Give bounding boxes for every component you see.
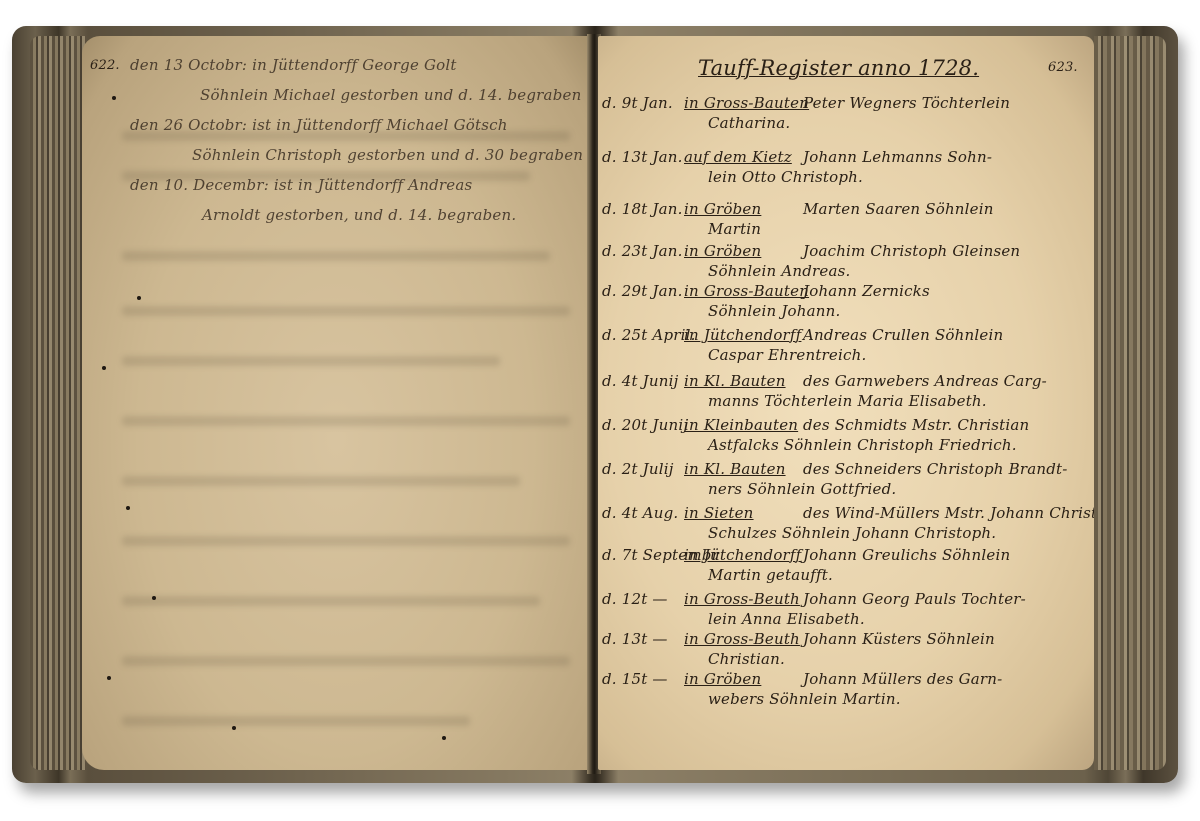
entry-text: Marten Saaren Söhnlein bbox=[803, 200, 994, 218]
register-title: Tauff-Register anno 1728. bbox=[698, 56, 979, 80]
entry-place: in Gröben bbox=[684, 670, 761, 688]
entry-text: Johann Müllers des Garn- bbox=[803, 670, 1002, 688]
entry-place: in Jütchendorff bbox=[684, 326, 801, 344]
entry-place: in Gross-Bauten bbox=[684, 94, 809, 112]
entry-place: in Gross-Beuth bbox=[684, 590, 800, 608]
left-line-3: den 26 Octobr: ist in Jüttendorff Michae… bbox=[130, 116, 508, 134]
entry-continuation: manns Töchterlein Maria Elisabeth. bbox=[708, 392, 987, 410]
entry-continuation: Caspar Ehrentreich. bbox=[708, 346, 866, 364]
entry-date: d. 12t — bbox=[602, 590, 668, 608]
left-page-edges bbox=[30, 36, 86, 770]
left-line-4: Söhnlein Christoph gestorben und d. 30 b… bbox=[192, 146, 583, 164]
entry-place: in Gross-Bauten bbox=[684, 282, 809, 300]
entry-date: d. 15t — bbox=[602, 670, 668, 688]
entry-date: d. 2t Julij bbox=[602, 460, 674, 478]
left-line-5: den 10. Decembr: ist in Jüttendorff Andr… bbox=[130, 176, 472, 194]
entry-date: d. 25t April. bbox=[602, 326, 696, 344]
entry-place: in Gröben bbox=[684, 242, 761, 260]
entry-continuation: Martin getaufft. bbox=[708, 566, 833, 584]
entry-date: d. 18t Jan. bbox=[602, 200, 683, 218]
entry-date: d. 13t — bbox=[602, 630, 668, 648]
open-register-book: 622. den 13 Octobr: in Jüttendorff Georg… bbox=[12, 26, 1178, 783]
left-line-1: den 13 Octobr: in Jüttendorff George Gol… bbox=[130, 56, 457, 74]
right-page: Tauff-Register anno 1728. 623. d. 9t Jan… bbox=[598, 36, 1094, 770]
entry-place: in Gross-Beuth bbox=[684, 630, 800, 648]
entry-text: Johann Georg Pauls Tochter- bbox=[803, 590, 1026, 608]
entry-text: des Schneiders Christoph Brandt- bbox=[803, 460, 1068, 478]
entry-place: in Kl. Bauten bbox=[684, 460, 786, 478]
entry-continuation: Astfalcks Söhnlein Christoph Friedrich. bbox=[708, 436, 1017, 454]
entry-text: Peter Wegners Töchterlein bbox=[803, 94, 1010, 112]
entry-date: d. 29t Jan. bbox=[602, 282, 683, 300]
right-page-edges bbox=[1094, 36, 1166, 770]
entry-continuation: lein Otto Christoph. bbox=[708, 168, 863, 186]
entry-text: Johann Lehmanns Sohn- bbox=[803, 148, 992, 166]
entry-place: in Jütchendorff bbox=[684, 546, 801, 564]
entry-date: d. 4t Junij bbox=[602, 372, 678, 390]
entry-continuation: Christian. bbox=[708, 650, 785, 668]
entry-continuation: ners Söhnlein Gottfried. bbox=[708, 480, 896, 498]
entry-date: d. 13t Jan. bbox=[602, 148, 683, 166]
page-number-left: 622. bbox=[90, 58, 120, 73]
entry-place: in Sieten bbox=[684, 504, 754, 522]
entry-date: d. 23t Jan. bbox=[602, 242, 683, 260]
entry-text: Andreas Crullen Söhnlein bbox=[803, 326, 1003, 344]
entry-place: in Kl. Bauten bbox=[684, 372, 786, 390]
entry-date: d. 4t Aug. bbox=[602, 504, 678, 522]
entry-continuation: Söhnlein Andreas. bbox=[708, 262, 850, 280]
entry-place: in Gröben bbox=[684, 200, 761, 218]
entry-continuation: Schulzes Söhnlein Johann Christoph. bbox=[708, 524, 996, 542]
entry-text: des Garnwebers Andreas Carg- bbox=[803, 372, 1047, 390]
entry-continuation: Söhnlein Johann. bbox=[708, 302, 840, 320]
left-page: 622. den 13 Octobr: in Jüttendorff Georg… bbox=[82, 36, 590, 770]
entry-text: des Wind-Müllers Mstr. Johann Christoph bbox=[803, 504, 1094, 522]
entry-date: d. 9t Jan. bbox=[602, 94, 673, 112]
entry-place: in Kleinbauten bbox=[684, 416, 798, 434]
entry-date: d. 20t Junij bbox=[602, 416, 688, 434]
entry-text: des Schmidts Mstr. Christian bbox=[803, 416, 1029, 434]
entry-text: Joachim Christoph Gleinsen bbox=[803, 242, 1020, 260]
entry-continuation: webers Söhnlein Martin. bbox=[708, 690, 901, 708]
left-line-6: Arnoldt gestorben, und d. 14. begraben. bbox=[202, 206, 516, 224]
left-line-2: Söhnlein Michael gestorben und d. 14. be… bbox=[200, 86, 581, 104]
entry-continuation: lein Anna Elisabeth. bbox=[708, 610, 865, 628]
entry-text: Johann Greulichs Söhnlein bbox=[803, 546, 1010, 564]
entry-text: Johann Küsters Söhnlein bbox=[803, 630, 995, 648]
entry-text: Johann Zernicks bbox=[803, 282, 930, 300]
page-number-right: 623. bbox=[1048, 60, 1078, 75]
entry-continuation: Martin bbox=[708, 220, 761, 238]
entry-place: auf dem Kietz bbox=[684, 148, 792, 166]
entry-continuation: Catharina. bbox=[708, 114, 790, 132]
